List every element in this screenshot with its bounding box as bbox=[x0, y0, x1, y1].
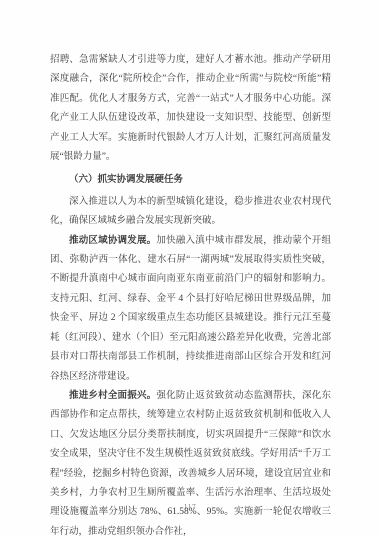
paragraphs: 招聘、急需紧缺人才引进等力度，建好人才蓄水池。推动产学研用深度融合，深化“院所校… bbox=[50, 51, 331, 537]
page-number: 117 bbox=[0, 502, 380, 511]
body-paragraph: 推动区域协调发展。加快融入滇中城市群发展，推动蒙个开组团、弥勒泸西一体化、建水石… bbox=[50, 232, 331, 387]
paragraph-lead: 推进乡村全面振兴。 bbox=[69, 391, 156, 401]
paragraph-lead: 推动区域协调发展。 bbox=[69, 236, 156, 246]
document-page: 招聘、急需紧缺人才引进等力度，建好人才蓄水池。推动产学研用深度融合，深化“院所校… bbox=[0, 0, 380, 537]
body-paragraph: 深入推进以人为本的新型城镇化建设，稳步推进农业农村现代化，确保区域城乡融合发展实… bbox=[50, 193, 331, 232]
body-paragraph: 招聘、急需紧缺人才引进等力度，建好人才蓄水池。推动产学研用深度融合，深化“院所校… bbox=[50, 51, 331, 167]
section-heading: （六）抓实协调发展硬任务 bbox=[50, 171, 331, 190]
body-paragraph: 推进乡村全面振兴。强化防止返贫致贫动态监测帮扶，深化东西部协作和定点帮扶，统筹建… bbox=[50, 387, 331, 537]
